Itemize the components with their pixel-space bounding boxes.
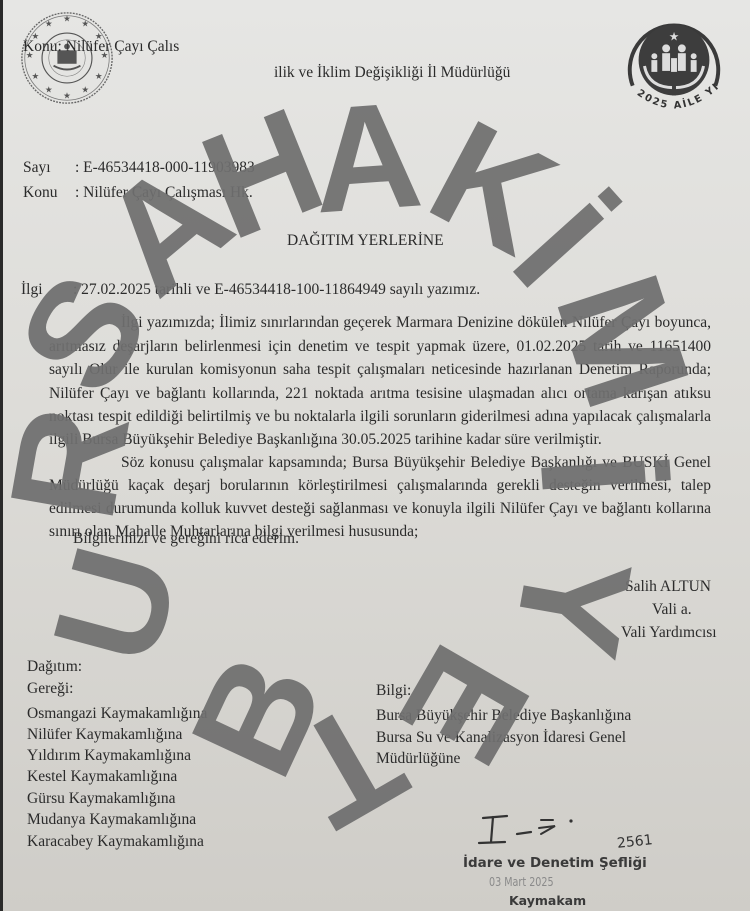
- action-heading: Gereği:: [27, 679, 73, 699]
- list-item: Yıldırım Kaymakamlığına: [27, 746, 191, 766]
- sayi-value: : E-46534418-000-11903983: [75, 158, 255, 178]
- list-item: Kestel Kaymakamlığına: [27, 767, 177, 787]
- svg-text:★: ★: [63, 15, 71, 25]
- svg-text:★: ★: [81, 19, 89, 29]
- list-item: Gürsu Kaymakamlığına: [27, 789, 176, 809]
- signatory-title-1: Vali a.: [652, 600, 692, 620]
- svg-text:★: ★: [31, 72, 39, 82]
- svg-text:★: ★: [81, 86, 89, 96]
- svg-text:★: ★: [669, 29, 680, 43]
- family-year-logo-icon: ★ 2025 AİLE YILI: [615, 8, 733, 123]
- list-item: Bursa Büyükşehir Belediye Başkanlığına: [376, 706, 631, 726]
- konu-value: : Nilüfer Çayı Çalışması Hk.: [75, 183, 253, 203]
- document-page: ★★★ ★★ ★★ ★★ ★★★ Konu: Nilüfer Çayı Çalı…: [3, 0, 750, 911]
- ilgi-label: İlgi: [21, 280, 43, 300]
- list-item: Karacabey Kaymakamlığına: [27, 832, 204, 852]
- signatory-title-2: Vali Yardımcısı: [621, 623, 717, 643]
- watermark-letter: Y: [490, 543, 655, 668]
- watermark-letter: A: [308, 78, 427, 235]
- watermark-letter: İ: [489, 179, 628, 310]
- watermark-letter: K: [410, 95, 576, 278]
- stamp-office: İdare ve Denetim Şefliği: [463, 855, 647, 871]
- svg-text:★: ★: [45, 86, 53, 96]
- watermark-letter: U: [29, 533, 202, 676]
- closing-line: Bilgilerinizi ve gereğini rica ederim.: [73, 529, 299, 549]
- ilgi-value: : 27.02.2025 tarihli ve E-46534418-100-1…: [73, 280, 480, 300]
- ministry-seal-icon: ★★★ ★★ ★★ ★★ ★★★: [19, 10, 115, 106]
- info-heading: Bilgi:: [376, 681, 411, 701]
- konu-label: Konu: [23, 183, 57, 203]
- list-item: Nilüfer Kaymakamlığına: [27, 725, 182, 745]
- svg-text:★: ★: [63, 91, 71, 101]
- list-item: Osmangazi Kaymakamlığına: [27, 704, 207, 724]
- handwritten-initials: [473, 812, 593, 848]
- list-item: Bursa Su ve Kanalizasyon İdaresi Genel: [376, 728, 626, 748]
- addressee-heading: DAĞITIM YERLERİNE: [287, 231, 444, 251]
- stamp-role: Kaymakam: [509, 893, 586, 908]
- header-overlap-text: Konu: Nilüfer Çayı Çalıs: [23, 37, 179, 57]
- svg-text:★: ★: [95, 72, 103, 82]
- ministry-line: ilik ve İklim Değişikliği İl Müdürlüğü: [274, 63, 510, 83]
- handwritten-number: 2561: [616, 832, 653, 852]
- distribution-heading: Dağıtım:: [27, 657, 82, 677]
- stamp-date: 03 Mart 2025: [489, 875, 554, 889]
- svg-text:★: ★: [45, 19, 53, 29]
- list-item: Müdürlüğüne: [376, 749, 460, 769]
- signatory-name: Salih ALTUN: [625, 577, 711, 597]
- sayi-label: Sayı: [23, 158, 51, 178]
- list-item: Mudanya Kaymakamlığına: [27, 810, 196, 830]
